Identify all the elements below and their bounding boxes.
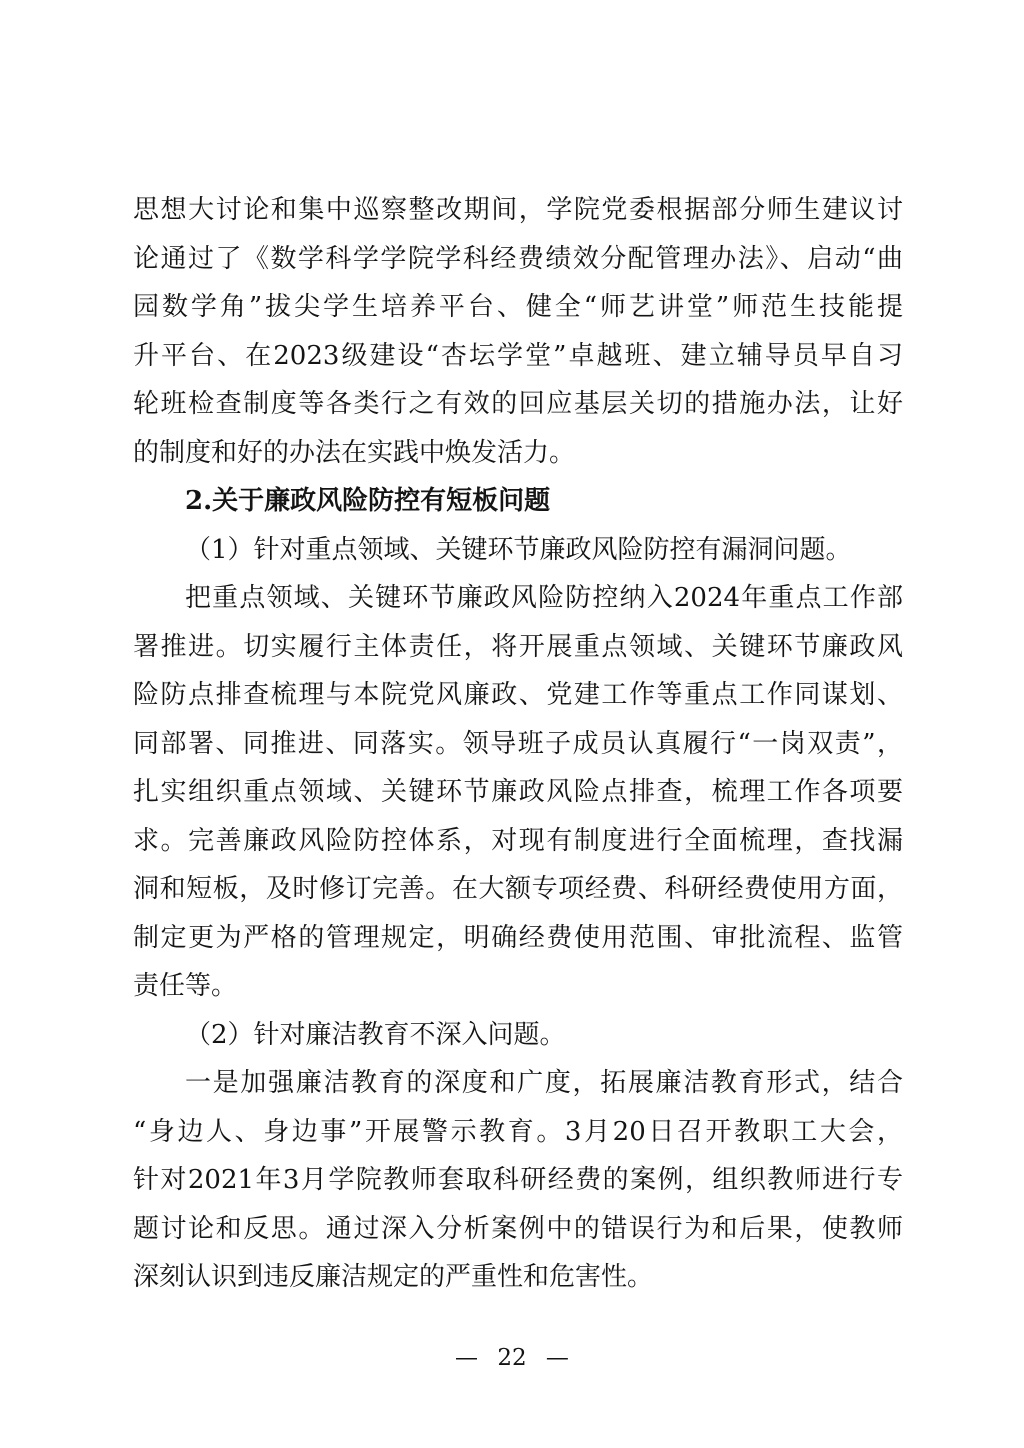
text-line: 题讨论和反思。通过深入分析案例中的错误行为和后果，使教师 xyxy=(133,1205,903,1254)
text-line: 责任等。 xyxy=(133,962,903,1011)
text-line: 一是加强廉洁教育的深度和广度，拓展廉洁教育形式，结合 xyxy=(133,1059,903,1108)
text-line: 深刻认识到违反廉洁规定的严重性和危害性。 xyxy=(133,1253,903,1302)
text-line: 扎实组织重点领域、关键环节廉政风险点排查，梳理工作各项要 xyxy=(133,768,903,817)
text-line: 把重点领域、关键环节廉政风险防控纳入2024年重点工作部 xyxy=(133,574,903,623)
text-line: 同部署、同推进、同落实。领导班子成员认真履行“一岗双责”， xyxy=(133,720,903,769)
text-line: 升平台、在2023级建设“杏坛学堂”卓越班、建立辅导员早自习 xyxy=(133,332,903,381)
text-line: 求。完善廉政风险防控体系，对现有制度进行全面梳理，查找漏 xyxy=(133,817,903,866)
text-line: 险防点排查梳理与本院党风廉政、党建工作等重点工作同谋划、 xyxy=(133,671,903,720)
text-line: 署推进。切实履行主体责任，将开展重点领域、关键环节廉政风 xyxy=(133,623,903,672)
text-line: 洞和短板，及时修订完善。在大额专项经费、科研经费使用方面， xyxy=(133,865,903,914)
text-line: 论通过了《数学科学学院学科经费绩效分配管理办法》、启动“曲 xyxy=(133,235,903,284)
text-line: 制定更为严格的管理规定，明确经费使用范围、审批流程、监管 xyxy=(133,914,903,963)
page-footer: — 22 — xyxy=(0,1342,1024,1374)
text-line: （2）针对廉洁教育不深入问题。 xyxy=(133,1011,903,1060)
text-line: “身边人、身边事”开展警示教育。3月20日召开教职工大会， xyxy=(133,1108,903,1157)
text-line: 针对2021年3月学院教师套取科研经费的案例，组织教师进行专 xyxy=(133,1156,903,1205)
text-line: 轮班检查制度等各类行之有效的回应基层关切的措施办法，让好 xyxy=(133,380,903,429)
text-line: （1）针对重点领域、关键环节廉政风险防控有漏洞问题。 xyxy=(133,526,903,575)
text-line: 的制度和好的办法在实践中焕发活力。 xyxy=(133,429,903,478)
text-line: 思想大讨论和集中巡察整改期间，学院党委根据部分师生建议讨 xyxy=(133,186,903,235)
section-heading: 2.关于廉政风险防控有短板问题 xyxy=(133,477,903,526)
text-line: 园数学角”拔尖学生培养平台、健全“师艺讲堂”师范生技能提 xyxy=(133,283,903,332)
text-block: 思想大讨论和集中巡察整改期间，学院党委根据部分师生建议讨 论通过了《数学科学学院… xyxy=(133,186,903,1302)
document-page: 思想大讨论和集中巡察整改期间，学院党委根据部分师生建议讨 论通过了《数学科学学院… xyxy=(0,0,1024,1448)
page-number: — 22 — xyxy=(455,1345,569,1371)
